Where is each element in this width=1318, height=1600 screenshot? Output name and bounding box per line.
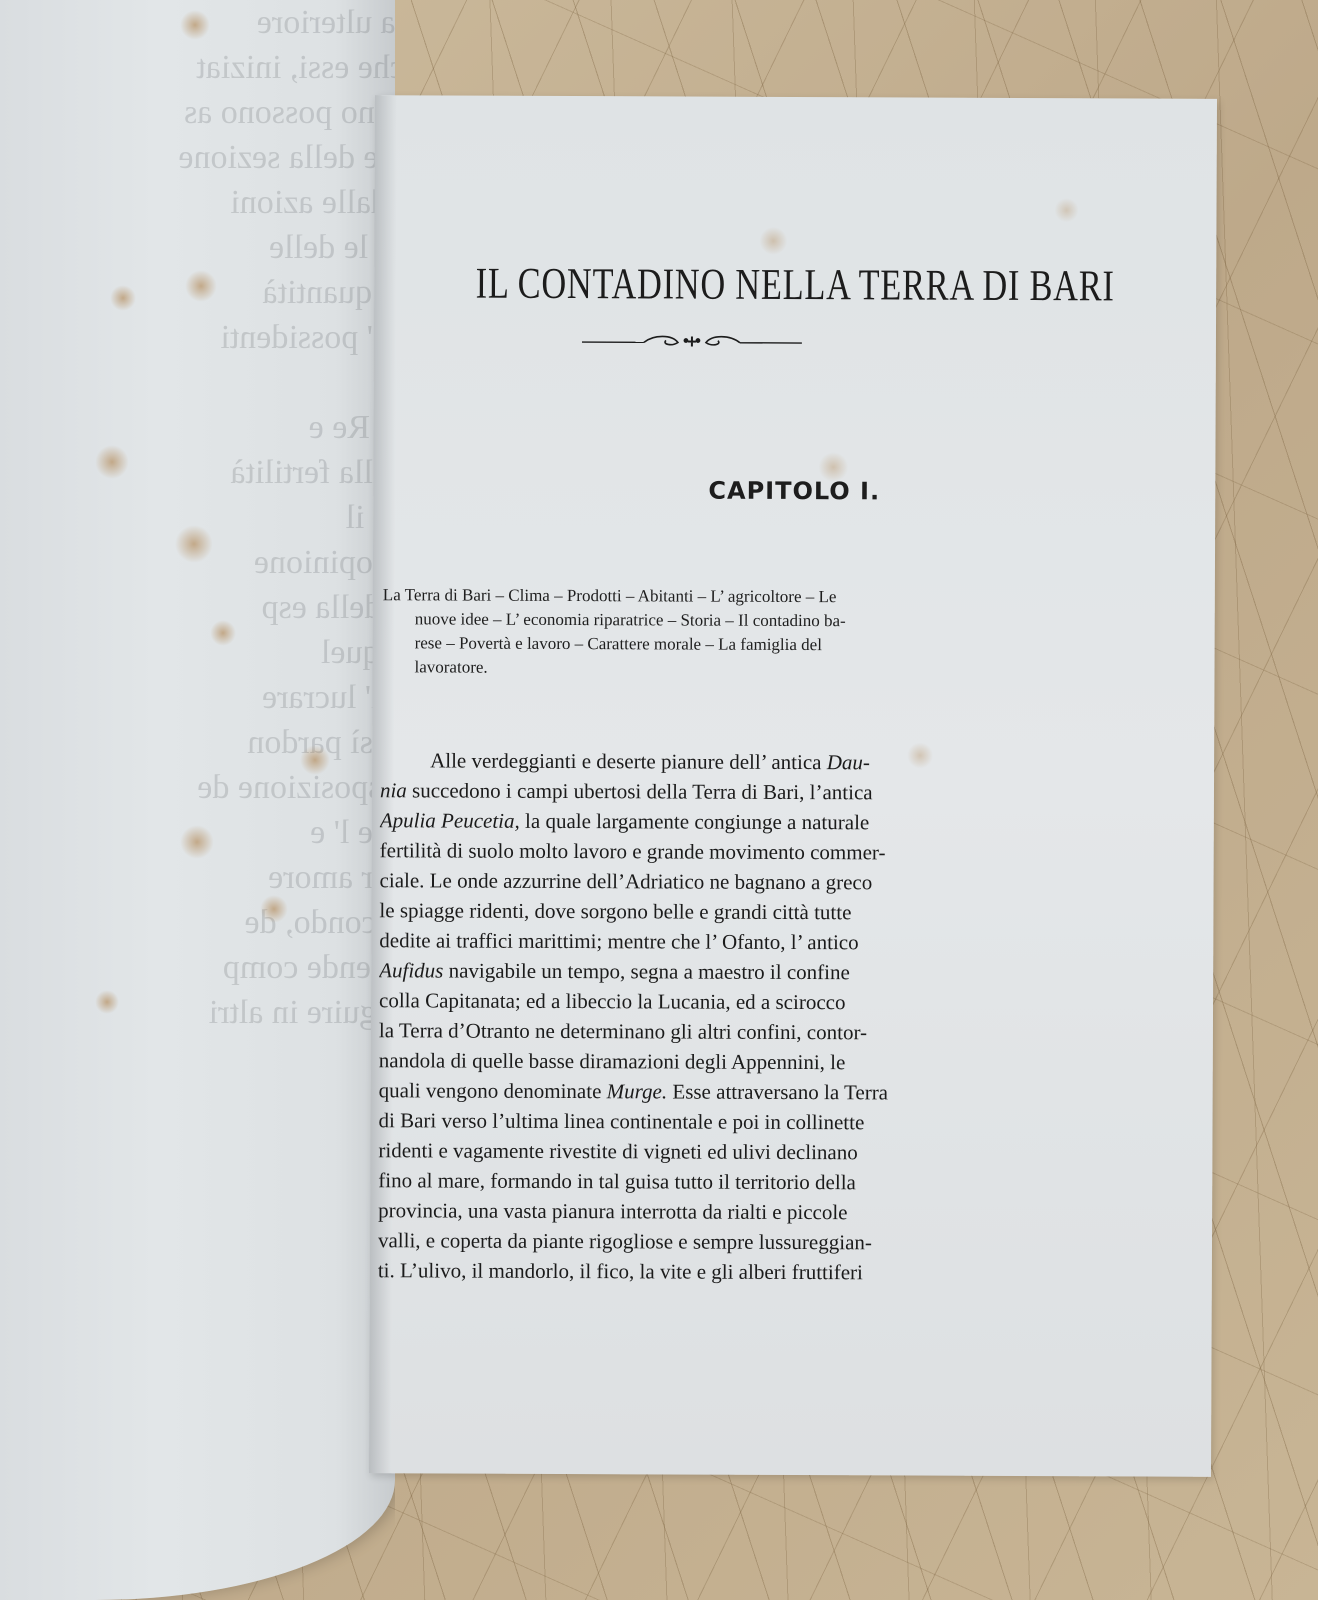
text-line: colla Capitanata; ed a libeccio la Lucan…	[379, 985, 997, 1018]
text-line: Aufidus navigabile un tempo, segna a mae…	[379, 955, 997, 988]
text-line: di Bari verso l’ultima linea continental…	[378, 1105, 996, 1138]
chapter-summary: La Terra di Bari – Clima – Prodotti – Ab…	[382, 583, 992, 682]
book-title: IL CONTADINO NELLA TERRA DI BARI	[467, 258, 1124, 312]
text-line: ridenti e vagamente rivestite di vigneti…	[378, 1135, 996, 1168]
text-line: provincia, una vasta pianura interrotta …	[378, 1195, 996, 1228]
text-line: fino al mare, formando in tal guisa tutt…	[378, 1165, 996, 1198]
foxing-stain	[95, 990, 119, 1014]
text-line: fertilità di suolo molto lavoro e grande…	[380, 835, 998, 868]
text-line: dedite ai traffici marittimi; mentre che…	[379, 925, 997, 958]
foxing-stain	[110, 285, 136, 311]
text-line: la Terra d’Otranto ne determinano gli al…	[379, 1015, 997, 1048]
summary-line: lavoratore.	[382, 655, 992, 682]
foxing-stain	[185, 270, 217, 302]
foxing-stain	[1054, 198, 1078, 222]
text-line: nandola di quelle basse diramazioni degl…	[379, 1045, 997, 1078]
foxing-stain	[300, 745, 330, 775]
ornament-divider-icon	[582, 332, 802, 353]
foxing-stain	[180, 10, 210, 40]
summary-line: rese – Povertà e lavoro – Carattere mora…	[383, 631, 993, 658]
text-line: Apulia Peucetia, la quale largamente con…	[380, 805, 998, 838]
summary-line: nuove idee – L’ economia riparatrice – S…	[383, 607, 993, 634]
text-line: Alle verdeggianti e deserte pianure dell…	[380, 745, 998, 778]
text-line: quali vengono denominate Murge. Esse att…	[379, 1075, 997, 1108]
summary-line: La Terra di Bari – Clima – Prodotti – Ab…	[383, 583, 993, 610]
foxing-stain	[180, 825, 214, 859]
chapter-heading: CAPITOLO I.	[373, 475, 1215, 507]
text-line: le spiagge ridenti, dove sorgono belle e…	[379, 895, 997, 928]
foxing-stain	[210, 620, 236, 646]
bleed-through-text: la ulteriore che essi, iniziat sono poss…	[0, 0, 415, 1400]
foxing-stain	[175, 525, 213, 563]
text-line: ciale. Le onde azzurrine dell’Adriatico …	[380, 865, 998, 898]
right-book-page: IL CONTADINO NELLA TERRA DI BARI CAPITOL…	[369, 95, 1217, 1477]
text-line: nia succedono i campi ubertosi della Ter…	[380, 775, 998, 808]
foxing-stain	[260, 895, 288, 923]
text-line: valli, e coperta da piante rigogliose e …	[378, 1225, 996, 1258]
left-book-page: la ulteriore che essi, iniziat sono poss…	[0, 0, 395, 1600]
foxing-stain	[95, 445, 129, 479]
text-line: ti. L’ulivo, il mandorlo, il fico, la vi…	[378, 1255, 996, 1288]
body-paragraph: Alle verdeggianti e deserte pianure dell…	[378, 745, 998, 1288]
foxing-stain	[759, 227, 787, 255]
